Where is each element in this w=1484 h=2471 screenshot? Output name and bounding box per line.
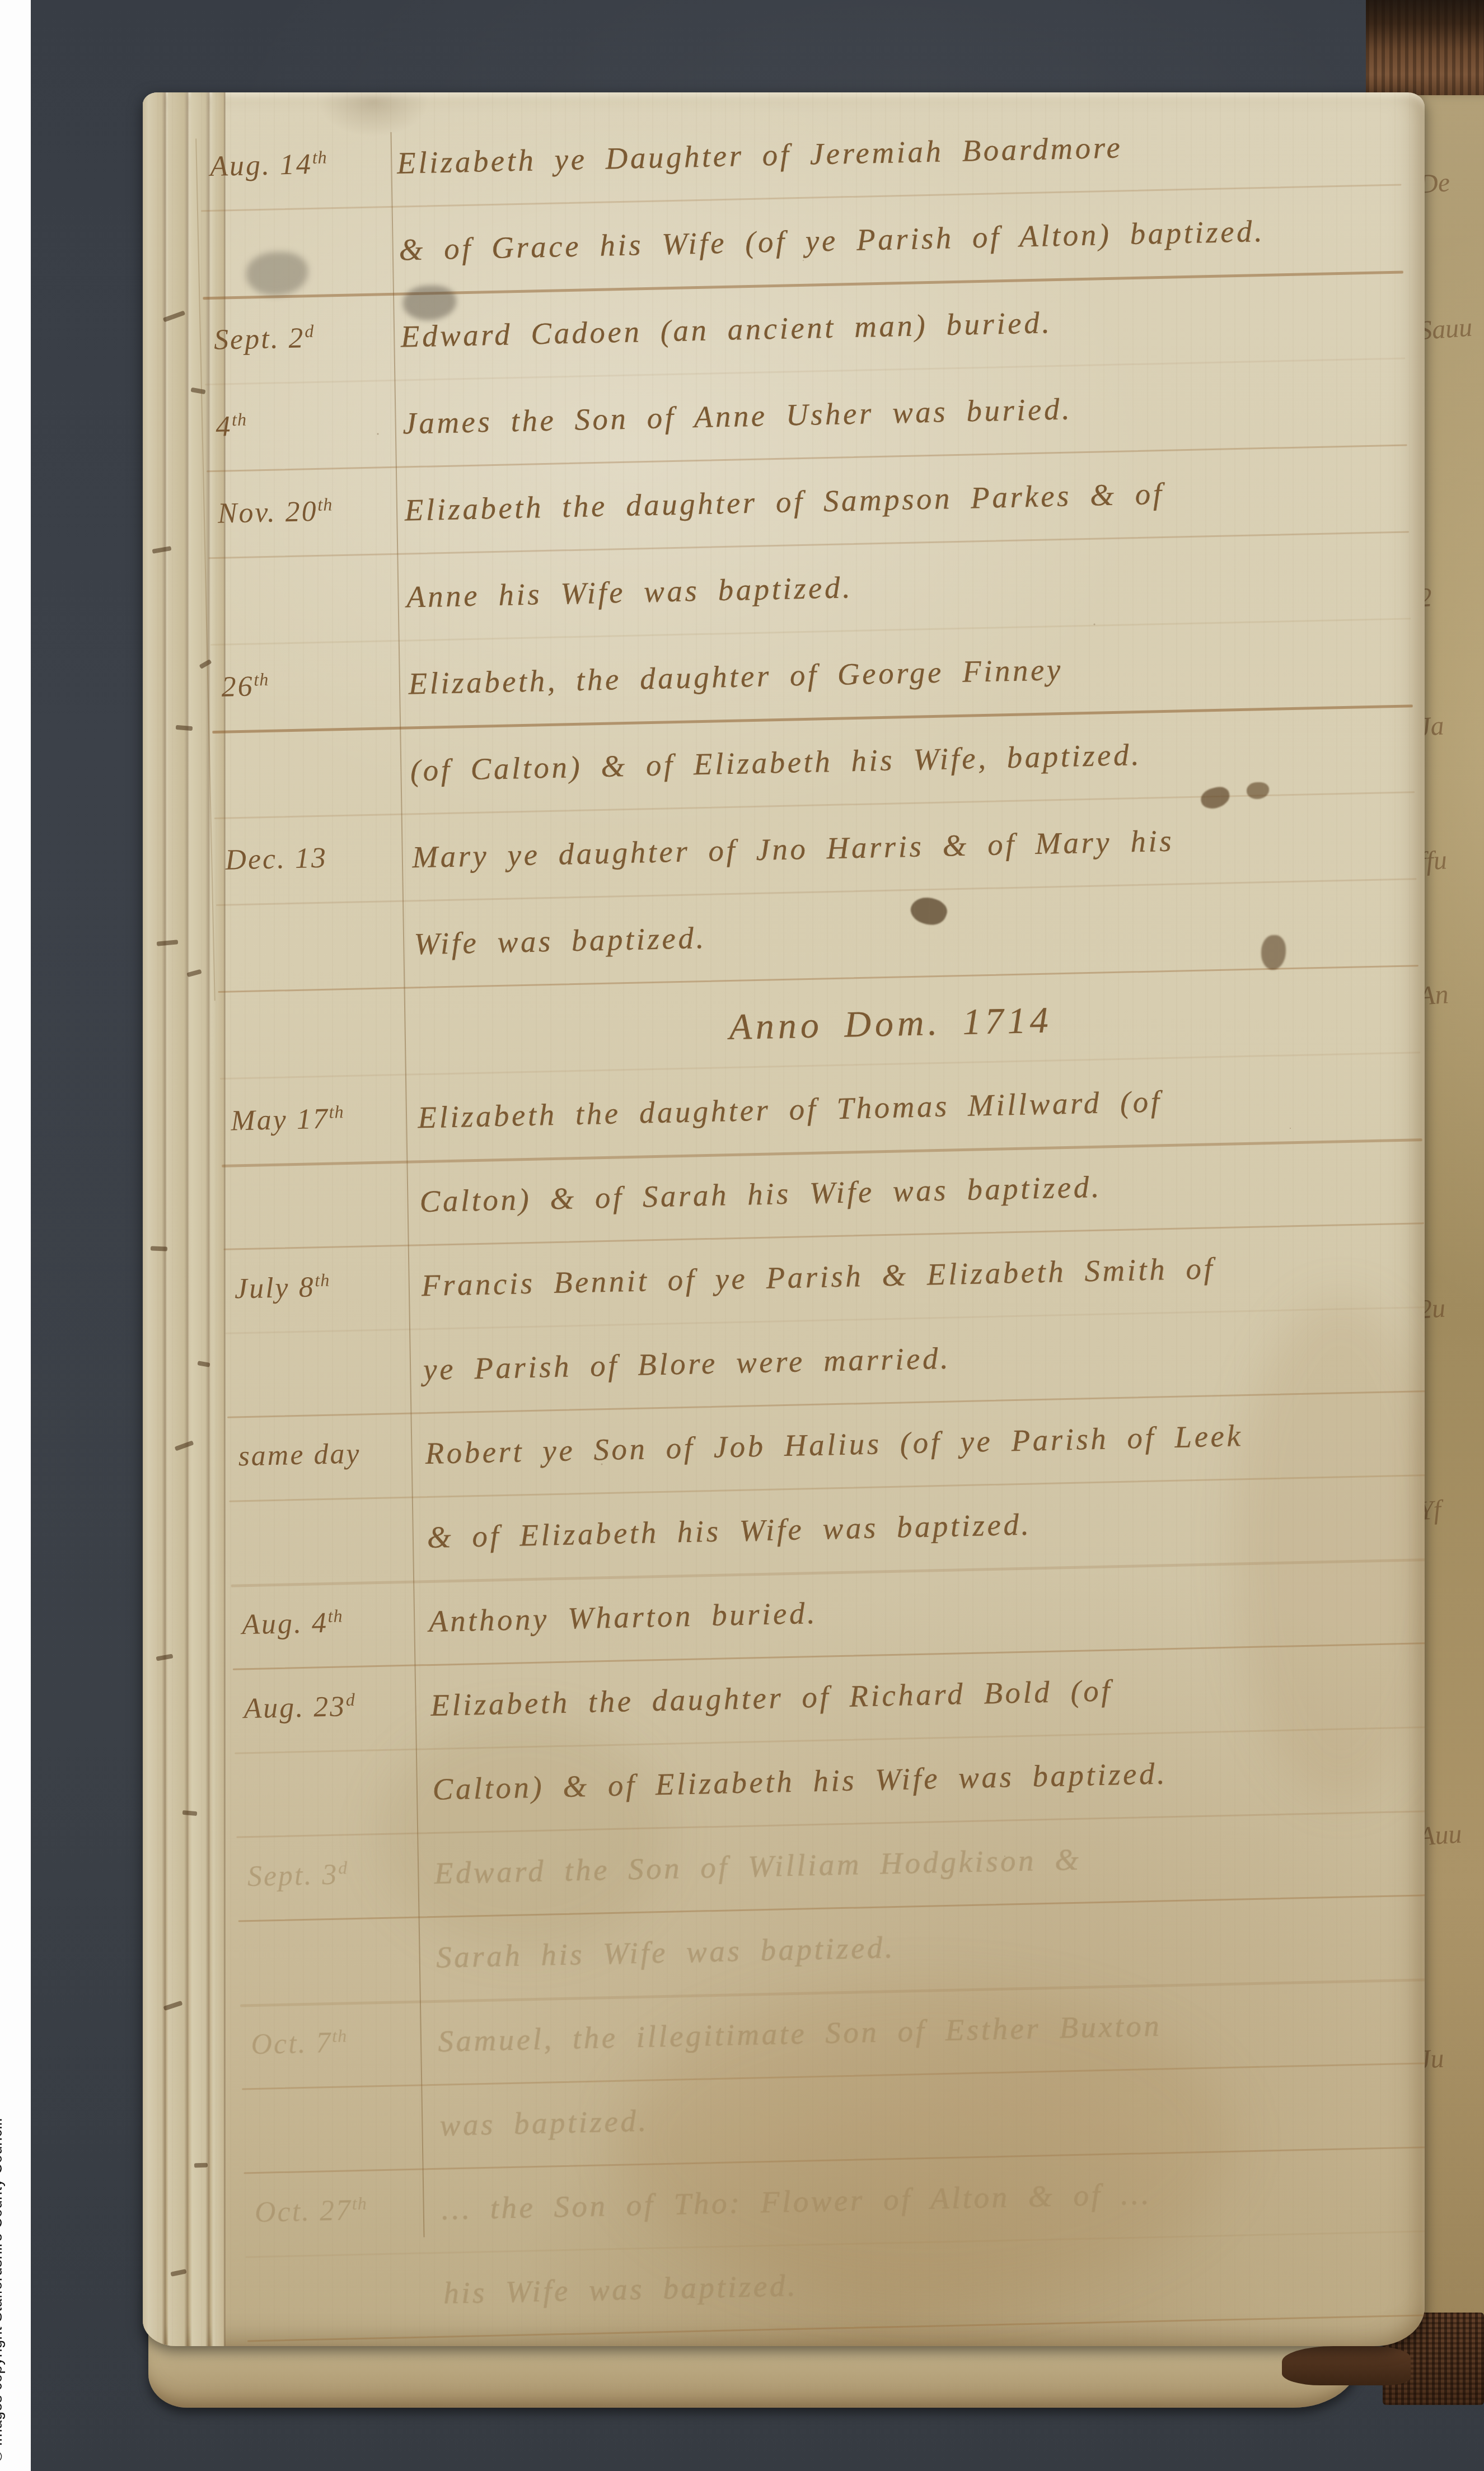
register-entry: Oct. 7thSamuel, the illegitimate Son of … (143, 92, 1402, 106)
manuscript-scan: DeSauu2JaffuAn2uYfAuuJu 5 — 4 ye son of … (0, 0, 1484, 2471)
entry-line: Samuel, the illegitimate Son of Esther B… (438, 2001, 1425, 2059)
register-entry: Anno Dom. 1714 (143, 92, 1402, 106)
ruled-line (231, 1558, 1425, 1587)
ruled-line (233, 1642, 1425, 1670)
entry-date: Dec. 13 (225, 840, 405, 877)
entry-line: Francis Bennit of ye Parish & Elizabeth … (421, 1245, 1425, 1303)
book-cover-sliver (1282, 2346, 1411, 2385)
entry-line: Mary ye daughter of Jno Harris & of Mary… (412, 818, 1425, 875)
entry-date: Aug. 23d (244, 1688, 423, 1725)
entry-line: ye Parish of Blore were married. (423, 1329, 1425, 1387)
entry-date: July 8th (234, 1268, 414, 1305)
ruled-line (212, 704, 1413, 734)
register-entry: Aug. 4thAnthony Wharton buried. (143, 92, 1402, 106)
entry-date: same day (238, 1436, 418, 1473)
register-entry: Aug. 23dElizabeth the daughter of Richar… (143, 92, 1402, 106)
ruled-line (227, 1390, 1425, 1418)
left-margin-rule (195, 138, 216, 1001)
entry-line: Sarah his Wife was baptized. (436, 1917, 1425, 1975)
ruled-line (203, 270, 1403, 300)
entry-line: Elizabeth, the daughter of George Finney (408, 644, 1425, 702)
register-entry: Oct. 27th… the Son of Tho: Flower of Alt… (143, 92, 1402, 106)
ruled-line (226, 1306, 1425, 1334)
ruled-line (210, 618, 1411, 646)
ruled-line (244, 2146, 1425, 2174)
ruled-line (238, 1894, 1425, 1922)
ruled-line (229, 1474, 1425, 1502)
ruled-line (246, 2230, 1425, 2258)
ruled-line (240, 1978, 1425, 2007)
ruled-line (223, 1222, 1424, 1250)
entry-line: (of Calton) & of Elizabeth his Wife, bap… (410, 731, 1425, 788)
entry-line: his Wife was baptized. (443, 2253, 1425, 2311)
entry-date: Sept. 3d (247, 1856, 427, 1893)
ruled-line (235, 1726, 1425, 1754)
ruled-line (236, 1810, 1425, 1838)
register-entry: 26thElizabeth, the daughter of George Fi… (143, 92, 1402, 106)
year-heading: Anno Dom. 1714 (453, 993, 1327, 1055)
entry-line: Robert ye Son of Job Halius (of ye Paris… (425, 1413, 1425, 1471)
ruled-line (242, 2062, 1425, 2090)
ruled-line (207, 444, 1407, 472)
leather-binding (1366, 0, 1484, 106)
register-entry: same dayRobert ye Son of Job Halius (of … (143, 92, 1402, 106)
entry-line: Elizabeth ye Daughter of Jeremiah Boardm… (397, 123, 1416, 181)
entry-line: Calton) & of Elizabeth his Wife was bapt… (432, 1749, 1425, 1807)
entry-line: Elizabeth the daughter of Richard Bold (… (430, 1665, 1425, 1723)
ruled-line (222, 1138, 1422, 1167)
register-entry: Dec. 13Mary ye daughter of Jno Harris & … (143, 92, 1402, 106)
entry-date: Sept. 2d (213, 319, 393, 357)
register-entry: May 17thElizabeth the daughter of Thomas… (143, 92, 1402, 106)
ruled-line (220, 1052, 1421, 1080)
entry-line: Edward the Son of William Hodgkison & (434, 1833, 1425, 1891)
register-page: Aug. 14thElizabeth ye Daughter of Jeremi… (143, 92, 1425, 2346)
facing-page-text-fragment: Sauu (1417, 312, 1473, 347)
register-entry: July 8thFrancis Bennit of ye Parish & El… (143, 92, 1402, 106)
entry-date: Oct. 27th (254, 2192, 434, 2229)
register-entry: Sept. 2dEdward Cadoen (an ancient man) b… (143, 92, 1402, 106)
ruled-line (208, 531, 1409, 559)
entry-date: Aug. 14th (210, 146, 390, 183)
entry-line: Anne his Wife was baptized. (406, 557, 1425, 615)
entry-line: Anthony Wharton buried. (428, 1581, 1425, 1639)
entry-line: James the Son of Anne Usher was buried. (402, 384, 1422, 441)
register-entry: Sept. 3dEdward the Son of William Hodgki… (143, 92, 1402, 106)
ruled-line (205, 357, 1406, 385)
ruled-line (214, 791, 1415, 819)
writing-area: Aug. 14thElizabeth ye Daughter of Jeremi… (143, 92, 1425, 2346)
entry-date: May 17th (231, 1100, 410, 1138)
entry-line: Calton) & of Sarah his Wife was baptized… (419, 1162, 1425, 1220)
ruled-line (201, 184, 1402, 212)
entry-date: Aug. 4th (241, 1604, 421, 1641)
entry-line: Elizabeth the daughter of Thomas Millwar… (418, 1078, 1425, 1136)
ruled-line (218, 965, 1419, 993)
entry-date: 4th (216, 406, 395, 443)
copyright-notice: © Images copyright Staffordshire County … (0, 2118, 6, 2462)
entry-date: 26th (221, 666, 401, 704)
ruled-line (216, 878, 1417, 906)
entry-date: Nov. 20th (217, 493, 397, 530)
entry-line: Edward Cadoen (an ancient man) buried. (400, 297, 1420, 354)
entry-line: & of Elizabeth his Wife was baptized. (427, 1497, 1425, 1555)
entry-line: … the Son of Tho: Flower of Alton & of … (441, 2169, 1425, 2227)
entry-line: was baptized. (439, 2085, 1425, 2143)
ruled-line (247, 2314, 1425, 2342)
register-entry: Aug. 14thElizabeth ye Daughter of Jeremi… (143, 92, 1402, 106)
entry-line: & of Grace his Wife (of ye Parish of Alt… (399, 210, 1418, 268)
entry-date: Oct. 7th (251, 2024, 430, 2061)
register-entry: 4thJames the Son of Anne Usher was burie… (143, 92, 1402, 106)
scanner-margin: © Images copyright Staffordshire County … (0, 0, 31, 2471)
entry-line: Elizabeth the daughter of Sampson Parkes… (404, 470, 1424, 528)
register-entry: Nov. 20thElizabeth the daughter of Samps… (143, 92, 1402, 106)
